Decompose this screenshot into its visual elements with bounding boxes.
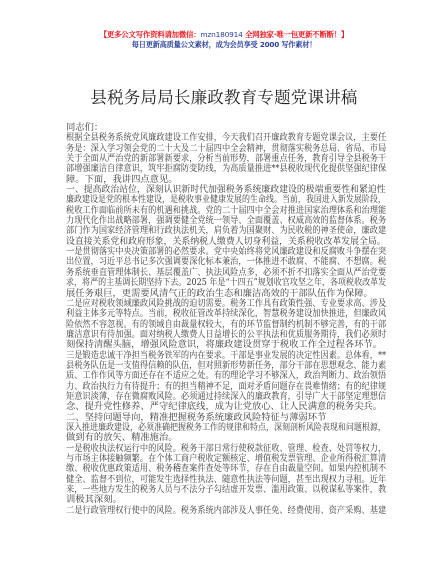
promo-banner-line-1: 【更多公文写作资料请加微信：mzn180914 全网独家·唯一包更新不断断！】 bbox=[0, 30, 448, 39]
paragraph-line: 求，将严的主基调长期坚持下去。2025 年是“十四五”规划收官攻坚之年，各项税收… bbox=[66, 278, 386, 288]
paragraph-line: 来，一些地方发生的税务人员与不法分子勾结虚开发票、滥用政策、以税谋私等案件，教 bbox=[66, 485, 386, 495]
promo-wechat-id: mzn180914 bbox=[200, 30, 242, 39]
paragraph-line: 深入推进廉政建设，必须准确把握税务工作的规律和特点，深刻剖析风险表现和问题根源， bbox=[66, 423, 386, 433]
paragraph-line: 部增强廉洁自律意识，筑牢拒腐防变防线，为高质量推进**县税收现代化提供坚强纪律保 bbox=[66, 164, 386, 174]
paragraph-line: 廉洁意识有待加强。面对纳税人缴费人日益增长的公平执法和优质服务期待，我们必须时 bbox=[66, 330, 386, 340]
document-body: 同志们：根据全县税务系统党风廉政建设工作安排，今天我们召开廉政教育专题党课会议，… bbox=[66, 123, 386, 516]
promo-banner-line-2: 每日更新高质量公文素材，成为会员享受 2000 写作素材！ bbox=[0, 40, 448, 49]
paragraph-line: 二是行政管理权行使中的风险。税务系统内部涉及人事任免、经费使用、资产采购、基建 bbox=[66, 506, 386, 516]
paragraph-line: 矩意识淡薄，存在微腐败风险。必须通过持续深入的廉政教育，引导广大干部坚定理想信 bbox=[66, 392, 386, 402]
document-title: 县税务局局长廉政教育专题党课讲稿 bbox=[0, 88, 448, 108]
document-page: 【更多公文写作资料请加微信：mzn180914 全网独家·唯一包更新不断断！】 … bbox=[0, 0, 448, 580]
promo-prefix: 【更多公文写作资料请加微信： bbox=[100, 30, 201, 39]
promo-suffix: 全网独家·唯一包更新不断断！】 bbox=[243, 30, 349, 39]
